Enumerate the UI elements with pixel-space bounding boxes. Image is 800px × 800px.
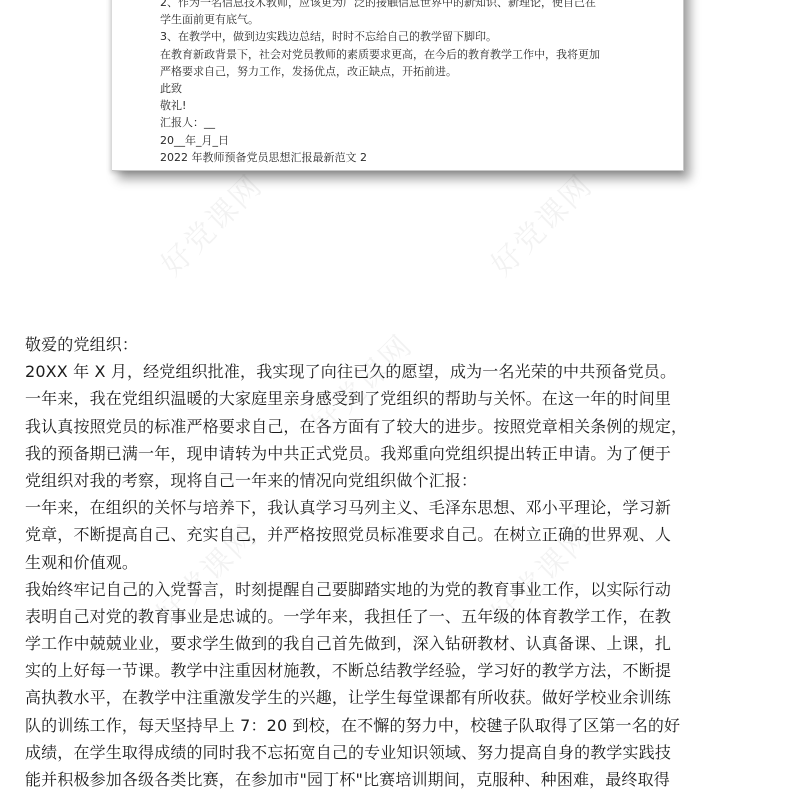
body-line: 党组织对我的考察，现将自己一年来的情况向党组织做个汇报：: [25, 467, 785, 494]
preview-line: 2022 年教师预备党员思想汇报最新范文 2: [160, 149, 660, 166]
document-body: 敬爱的党组织： 20XX 年 X 月，经党组织批准，我实现了向往已久的愿望，成为…: [25, 331, 785, 793]
watermark: 好党课网: [479, 162, 601, 284]
salutation: 敬爱的党组织：: [25, 331, 785, 358]
body-line: 能并积极参加各级各类比赛，在参加市"园丁杯"比赛培训期间，克服种、种困难，最终取…: [25, 766, 785, 793]
watermark: 好党课网: [149, 162, 271, 284]
body-line: 我认真按照党员的标准严格要求自己，在各方面有了较大的进步。按照党章相关条例的规定…: [25, 413, 785, 440]
body-line: 表明自己对党的教育事业是忠诚的。一学年来，我担任了一、五年级的体育教学工作，在教: [25, 603, 785, 630]
preview-line: 20__年_月_日: [160, 132, 660, 149]
body-line: 生观和价值观。: [25, 549, 785, 576]
preview-line: 2、作为一名信息技术教师，应该更为广泛的接触信息世界中的新知识、新理论，使自己在: [160, 0, 660, 11]
body-line: 一年来，我在党组织温暖的大家庭里亲身感受到了党组织的帮助与关怀。在这一年的时间里: [25, 385, 785, 412]
preview-line: 此致: [160, 80, 660, 97]
preview-line: 在教育新政背景下，社会对党员教师的素质要求更高，在今后的教育教学工作中，我将更加: [160, 46, 660, 63]
body-line: 我的预备期已满一年，现申请转为中共正式党员。我郑重向党组织提出转正申请。为了便于: [25, 440, 785, 467]
document-page-preview: 2、作为一名信息技术教师，应该更为广泛的接触信息世界中的新知识、新理论，使自己在…: [112, 0, 684, 171]
preview-line: 严格要求自己，努力工作，发扬优点，改正缺点，开拓前进。: [160, 63, 660, 80]
preview-text: 2、作为一名信息技术教师，应该更为广泛的接触信息世界中的新知识、新理论，使自己在…: [160, 0, 660, 166]
body-line: 学工作中兢兢业业，要求学生做到的我自己首先做到，深入钻研教材、认真备课、上课，扎: [25, 630, 785, 657]
preview-line: 学生面前更有底气。: [160, 11, 660, 28]
body-line: 一年来，在组织的关怀与培养下，我认真学习马列主义、毛泽东思想、邓小平理论，学习新: [25, 494, 785, 521]
body-line: 党章，不断提高自己、充实自己，并严格按照党员标准要求自己。在树立正确的世界观、人: [25, 521, 785, 548]
body-line: 实的上好每一节课。教学中注重因材施教，不断总结教学经验，学习好的教学方法，不断提: [25, 657, 785, 684]
preview-line: 汇报人：__: [160, 114, 660, 131]
preview-line: 敬礼!: [160, 97, 660, 114]
body-line: 高执教水平，在教学中注重激发学生的兴趣，让学生每堂课都有所收获。做好学校业余训练: [25, 684, 785, 711]
body-line: 我始终牢记自己的入党誓言，时刻提醒自己要脚踏实地的为党的教育事业工作，以实际行动: [25, 576, 785, 603]
body-line: 成绩，在学生取得成绩的同时我不忘拓宽自己的专业知识领域、努力提高自身的教学实践技: [25, 739, 785, 766]
body-line: 20XX 年 X 月，经党组织批准，我实现了向往已久的愿望，成为一名光荣的中共预…: [25, 358, 785, 385]
body-line: 队的训练工作，每天坚持早上 7：20 到校，在不懈的努力中，校毽子队取得了区第一…: [25, 712, 785, 739]
preview-line: 3、在教学中，做到边实践边总结，时时不忘给自己的教学留下脚印。: [160, 28, 660, 45]
